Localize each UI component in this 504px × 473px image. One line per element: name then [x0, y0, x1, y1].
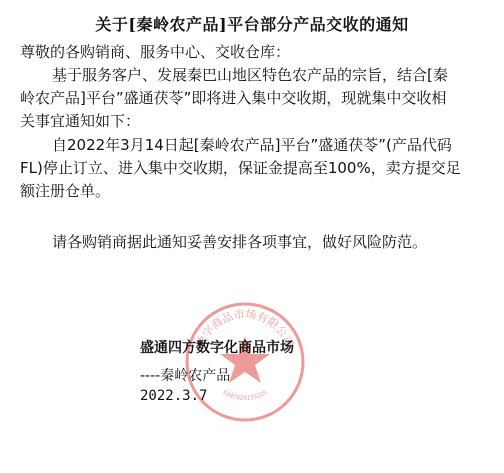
paragraph2-line2: FL)停止订立、进入集中交收期，保证金提高至100%，卖方提交足: [20, 158, 461, 178]
salutation: 尊敬的各购销商、服务中心、交收仓库：: [20, 42, 290, 62]
paragraph2-line1: 自2022年3月14日起[秦岭农产品]平台”盛通茯苓”(产品代码: [52, 135, 452, 155]
paragraph2-line3: 额注册仓单。: [20, 181, 110, 201]
paragraph1-line2: 岭农产品]平台”盛通茯苓”即将进入集中交收期，现就集中交收相: [20, 88, 446, 108]
svg-text:6107020135225: 6107020135225: [222, 389, 269, 402]
paragraph3: 请各购销商据此通知妥善安排各项事宜，做好风险防范。: [52, 232, 427, 252]
company-seal-stamp: 数字商品市场有限公司 6107020135225: [183, 300, 307, 424]
signature-organization: 盛通四方数字化商品市场: [140, 337, 294, 357]
signature-department: ----秦岭农产品: [140, 365, 230, 385]
document-title: 关于[秦岭农产品]平台部分产品交收的通知: [0, 12, 504, 35]
signature-date: 2022.3.7: [140, 388, 207, 404]
paragraph1-line1: 基于服务客户、发展秦巴山地区特色农产品的宗旨，结合[秦: [52, 65, 448, 85]
paragraph1-line3: 关事宜通知如下：: [20, 111, 140, 131]
